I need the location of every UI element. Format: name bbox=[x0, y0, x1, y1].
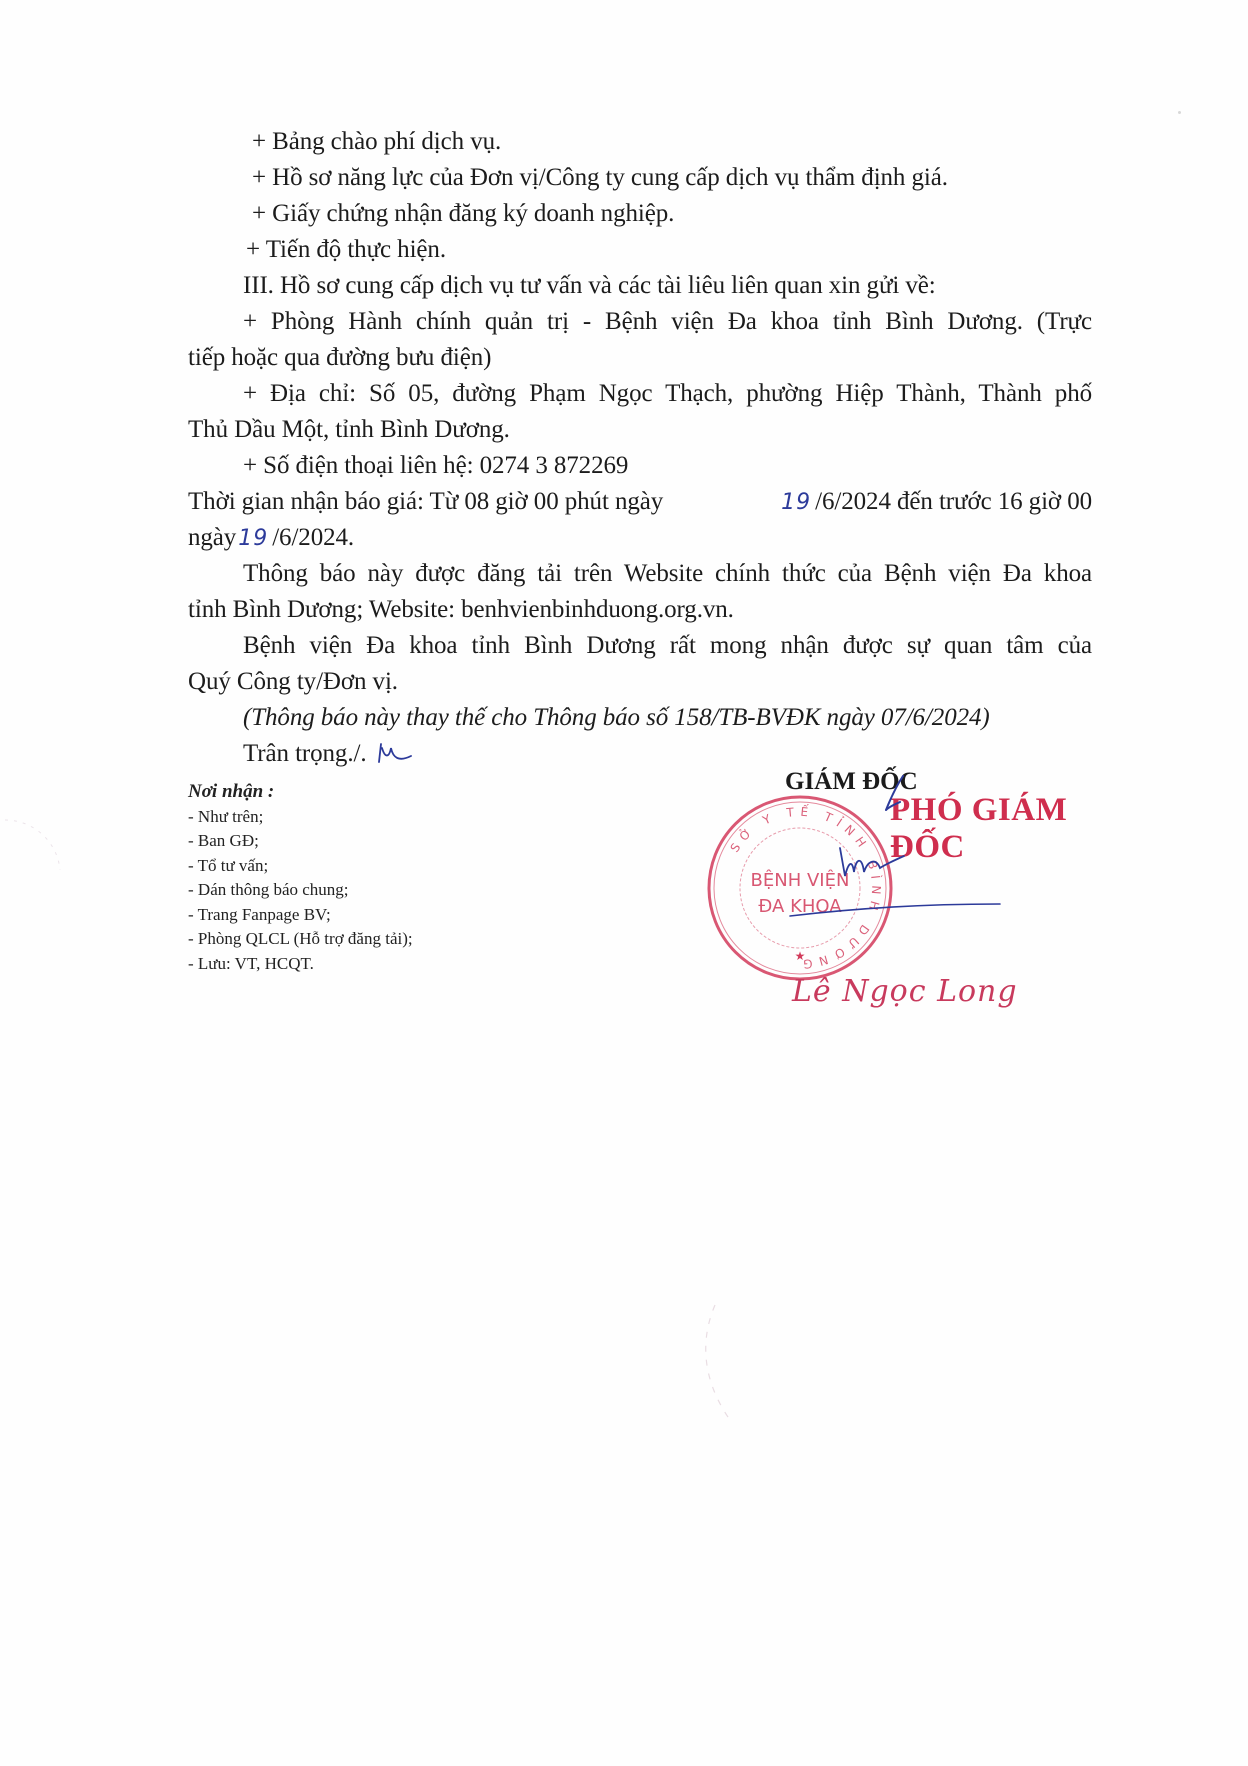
section-iii-heading: III. Hồ sơ cung cấp dịch vụ tư vấn và cá… bbox=[243, 268, 936, 304]
recipient-item: - Tổ tư vấn; bbox=[188, 854, 413, 879]
office-line-1: + Phòng Hành chính quản trị - Bệnh viện … bbox=[243, 304, 1092, 340]
signer-name: Lê Ngọc Long bbox=[792, 974, 1018, 1009]
receive-time-prefix: Thời gian nhận báo giá: Từ 08 giờ 00 phú… bbox=[188, 484, 663, 521]
receive-time-end-rest: /6/2024. bbox=[272, 524, 354, 551]
document-page: + Bảng chào phí dịch vụ. + Hồ sơ năng lự… bbox=[0, 0, 1248, 1766]
recipient-item: - Ban GĐ; bbox=[188, 829, 413, 854]
recipients-title: Nơi nhận : bbox=[188, 780, 413, 805]
initials-mark bbox=[375, 738, 415, 768]
phone-line: + Số điện thoại liên hệ: 0274 3 872269 bbox=[243, 448, 628, 484]
handwritten-signature bbox=[690, 768, 1010, 888]
receive-time-line-1: Thời gian nhận báo giá: Từ 08 giờ 00 phú… bbox=[188, 484, 1092, 521]
bleed-through-arc bbox=[690, 1300, 750, 1440]
recipient-item: - Như trên; bbox=[188, 805, 413, 830]
replacement-note: (Thông báo này thay thế cho Thông báo số… bbox=[243, 700, 990, 736]
recipient-item: - Phòng QLCL (Hỗ trợ đăng tải); bbox=[188, 927, 413, 952]
website-line-1: Thông báo này được đăng tải trên Website… bbox=[243, 556, 1092, 592]
receive-time-line-2: ngày19/6/2024. bbox=[188, 520, 354, 557]
item-business-certificate: + Giấy chứng nhận đăng ký doanh nghiệp. bbox=[252, 196, 674, 232]
recipient-item: - Dán thông báo chung; bbox=[188, 878, 413, 903]
regards-text: Trân trọng./. bbox=[243, 740, 366, 767]
recipients-block: Nơi nhận : - Như trên; - Ban GĐ; - Tổ tư… bbox=[188, 780, 413, 976]
office-line-2: tiếp hoặc qua đường bưu điện) bbox=[188, 340, 491, 376]
handwritten-start-day: 19 bbox=[781, 485, 811, 521]
receive-time-start-rest: /6/2024 đến trước 16 giờ 00 bbox=[815, 484, 1092, 520]
website-line-2: tỉnh Bình Dương; Website: benhvienbinhdu… bbox=[188, 592, 734, 628]
regards: Trân trọng./. bbox=[243, 736, 366, 772]
recipient-item: - Trang Fanpage BV; bbox=[188, 903, 413, 928]
item-capability-profile: + Hồ sơ năng lực của Đơn vị/Công ty cung… bbox=[252, 160, 948, 196]
item-timeline: + Tiến độ thực hiện. bbox=[246, 232, 446, 268]
address-line-2: Thủ Dầu Một, tỉnh Bình Dương. bbox=[188, 412, 510, 448]
closing-line-1: Bệnh viện Đa khoa tỉnh Bình Dương rất mo… bbox=[243, 628, 1092, 664]
receive-time-start: 19 /6/2024 đến trước 16 giờ 00 bbox=[787, 484, 1092, 521]
address-line-1: + Địa chỉ: Số 05, đường Phạm Ngọc Thạch,… bbox=[243, 376, 1092, 412]
margin-mark bbox=[1178, 111, 1181, 114]
signature-block: SỞ Y TẾ TỈNH BÌNH DƯƠNG BỆNH VIỆN ĐA KHO… bbox=[690, 768, 1110, 1038]
signature-underline bbox=[690, 888, 1010, 928]
item-fee-quote: + Bảng chào phí dịch vụ. bbox=[252, 124, 501, 160]
recipient-item: - Lưu: VT, HCQT. bbox=[188, 952, 413, 977]
bleed-through-stamp bbox=[0, 800, 60, 920]
closing-line-2: Quý Công ty/Đơn vị. bbox=[188, 664, 398, 700]
svg-text:★: ★ bbox=[795, 949, 806, 963]
handwritten-end-day: 19 bbox=[238, 526, 268, 551]
receive-time-end-prefix: ngày bbox=[188, 524, 236, 551]
